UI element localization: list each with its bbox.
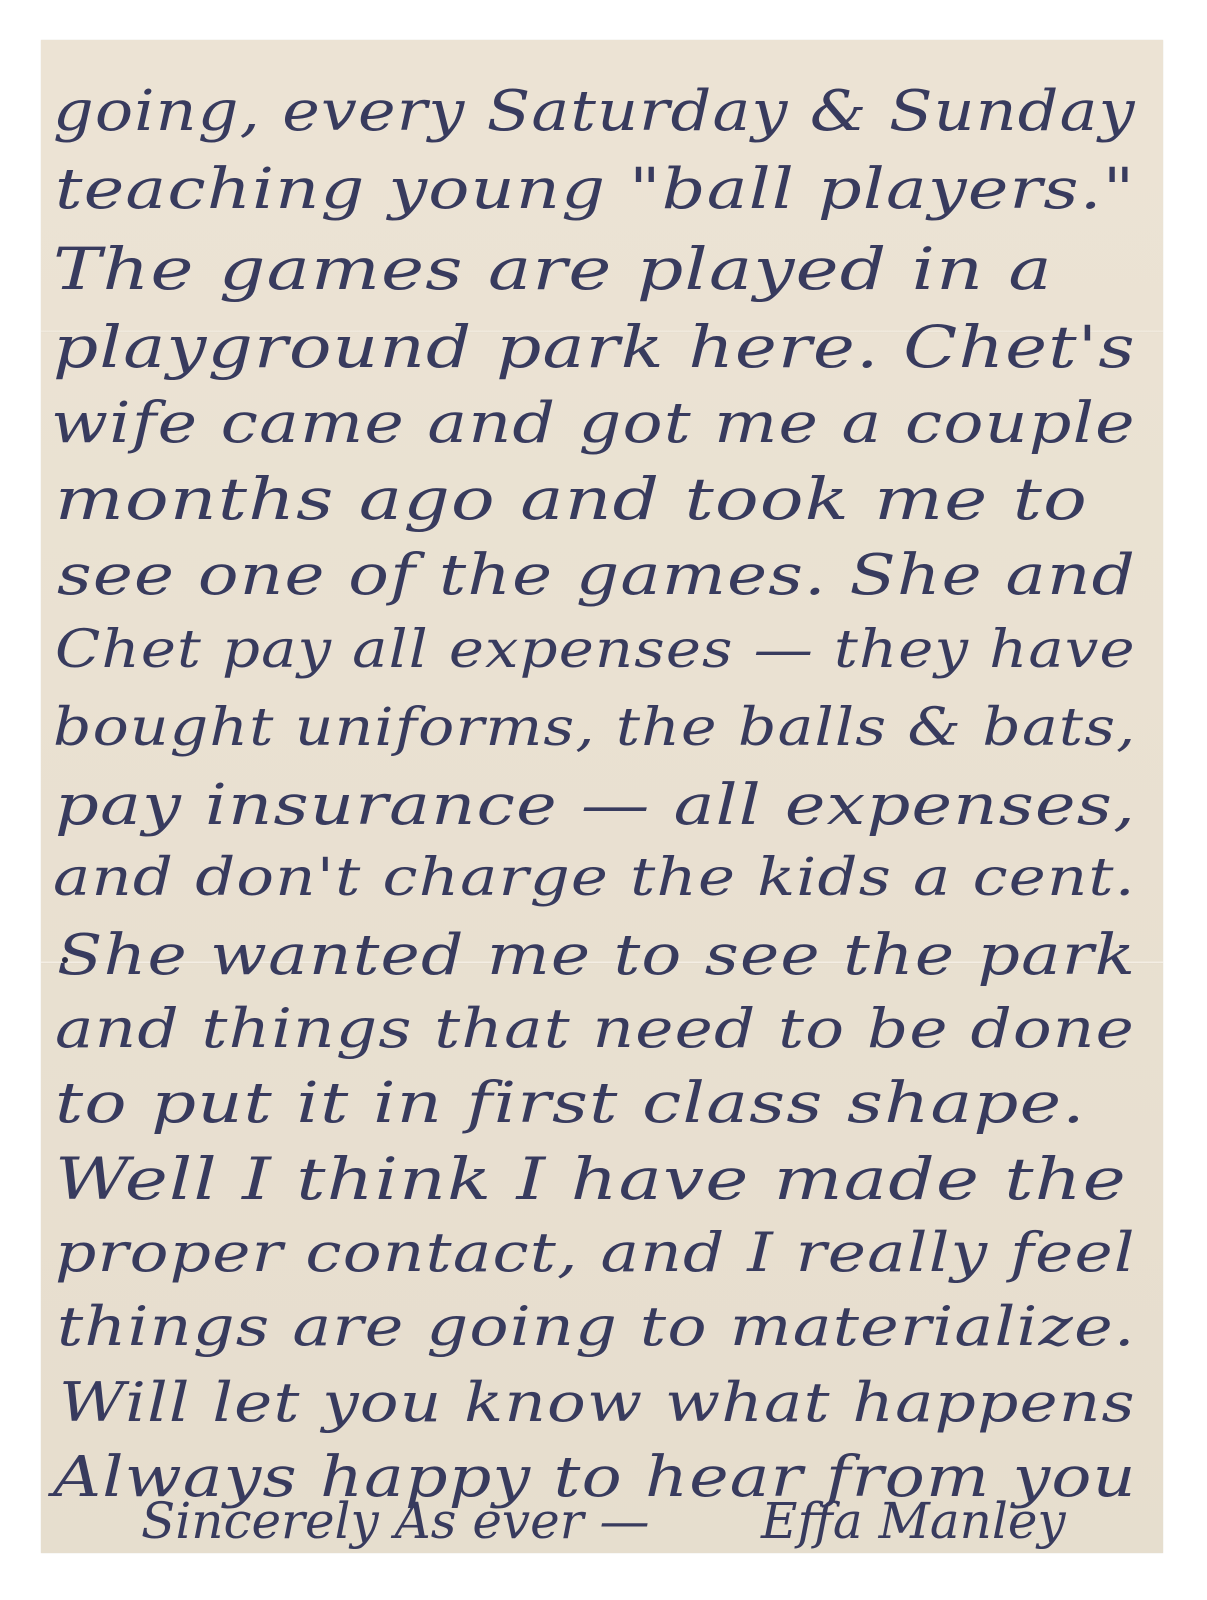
- letter-line-11: and don't charge the kids a cent.: [53, 852, 1136, 904]
- letter-line-2: teaching young "ball players.": [55, 162, 1135, 218]
- letter-line-15: Well I think I have made the: [55, 1150, 1127, 1208]
- letter-line-14: to put it in first class shape.: [55, 1076, 1086, 1132]
- letter-line-3: The games are played in a: [53, 240, 1053, 298]
- letter-line-13: and things that need to be done: [55, 1002, 1135, 1056]
- letter-page: going, every Saturday & Sunday teaching …: [41, 40, 1163, 1553]
- letter-line-18: Will let you know what happens: [59, 1376, 1136, 1430]
- letter-signature: Effa Manley: [761, 1492, 1066, 1550]
- letter-closing: Sincerely As ever —: [141, 1492, 650, 1550]
- letter-line-4: playground park here. Chet's: [53, 318, 1136, 376]
- letter-line-12: She wanted me to see the park: [57, 928, 1136, 984]
- letter-line-1: going, every Saturday & Sunday: [53, 84, 1136, 140]
- letter-line-16: proper contact, and I really feel: [55, 1226, 1136, 1280]
- letter-line-7: see one of the games. She and: [57, 548, 1136, 604]
- letter-line-6: months ago and took me to: [55, 470, 1088, 528]
- letter-line-8: Chet pay all expenses — they have: [55, 624, 1136, 676]
- ink-dot-mark: [62, 957, 68, 963]
- letter-line-10: pay insurance — all expenses,: [55, 778, 1136, 834]
- letter-line-17: things are going to materialize.: [57, 1300, 1136, 1354]
- letter-line-9: bought uniforms, the balls & bats,: [53, 702, 1136, 754]
- letter-line-5: wife came and got me a couple: [51, 396, 1136, 452]
